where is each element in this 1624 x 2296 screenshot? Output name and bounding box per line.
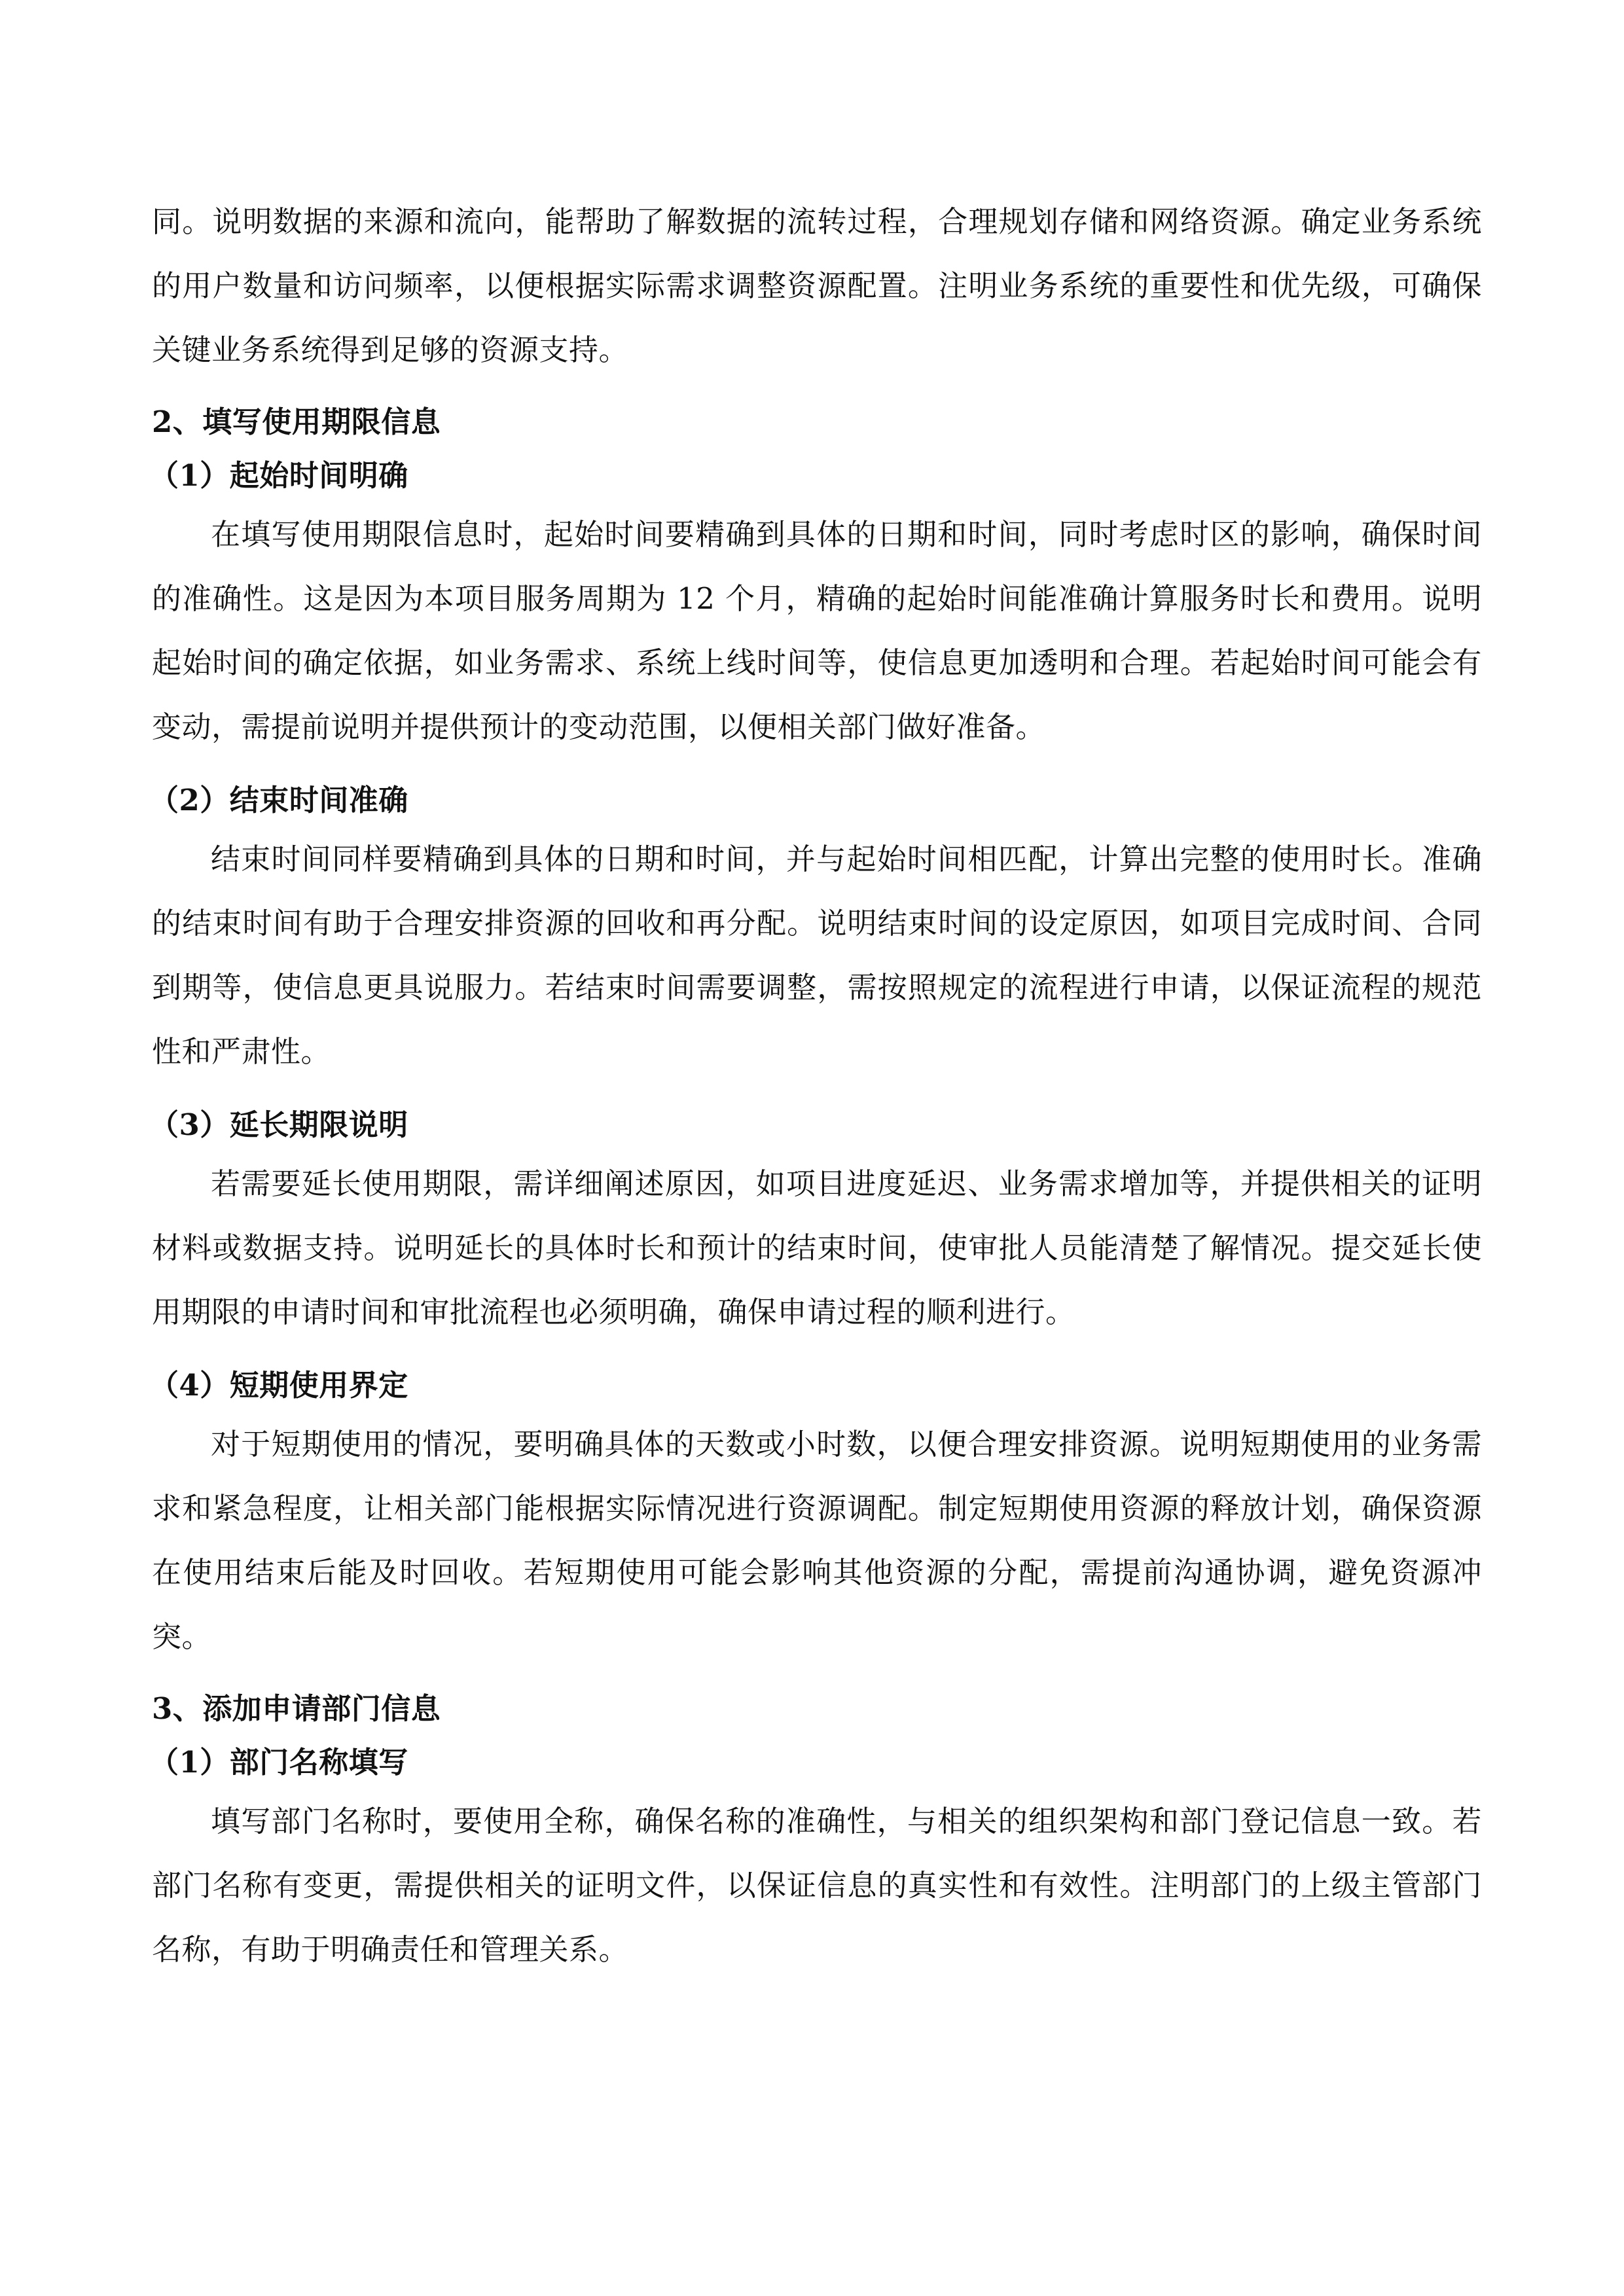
subsection-heading: （4）短期使用界定 — [149, 1359, 1482, 1412]
subsection-end-time: （2）结束时间准确 结束时间同样要精确到具体的日期和时间，并与起始时间相匹配，计… — [152, 774, 1482, 1084]
subsection-heading: （1）部门名称填写 — [149, 1736, 1482, 1789]
document-page: 同。说明数据的来源和流向，能帮助了解数据的流转过程，合理规划存储和网络资源。确定… — [152, 190, 1482, 1982]
subsection-heading: （2）结束时间准确 — [149, 774, 1482, 827]
subsection-short-term: （4）短期使用界定 对于短期使用的情况，要明确具体的天数或小时数，以便合理安排资… — [152, 1359, 1482, 1669]
subsection-body: 若需要延长使用期限，需详细阐述原因，如项目进度延迟、业务需求增加等，并提供相关的… — [152, 1152, 1482, 1344]
subsection-start-time: （1）起始时间明确 在填写使用期限信息时，起始时间要精确到具体的日期和时间，同时… — [152, 449, 1482, 759]
subsection-body: 对于短期使用的情况，要明确具体的天数或小时数，以便合理安排资源。说明短期使用的业… — [152, 1412, 1482, 1669]
subsection-department-name: （1）部门名称填写 填写部门名称时，要使用全称，确保名称的准确性，与相关的组织架… — [152, 1736, 1482, 1982]
section-heading: 2、填写使用期限信息 — [152, 395, 1482, 449]
section-department-info: 3、添加申请部门信息 （1）部门名称填写 填写部门名称时，要使用全称，确保名称的… — [152, 1682, 1482, 1982]
subsection-heading: （3）延长期限说明 — [149, 1098, 1482, 1152]
subsection-body: 填写部门名称时，要使用全称，确保名称的准确性，与相关的组织架构和部门登记信息一致… — [152, 1789, 1482, 1982]
subsection-extension: （3）延长期限说明 若需要延长使用期限，需详细阐述原因，如项目进度延迟、业务需求… — [152, 1098, 1482, 1344]
section-heading: 3、添加申请部门信息 — [152, 1682, 1482, 1736]
section-usage-period: 2、填写使用期限信息 （1）起始时间明确 在填写使用期限信息时，起始时间要精确到… — [152, 395, 1482, 1669]
subsection-heading: （1）起始时间明确 — [149, 449, 1482, 503]
intro-paragraph: 同。说明数据的来源和流向，能帮助了解数据的流转过程，合理规划存储和网络资源。确定… — [152, 190, 1482, 382]
subsection-body: 结束时间同样要精确到具体的日期和时间，并与起始时间相匹配，计算出完整的使用时长。… — [152, 827, 1482, 1084]
subsection-body: 在填写使用期限信息时，起始时间要精确到具体的日期和时间，同时考虑时区的影响，确保… — [152, 503, 1482, 759]
